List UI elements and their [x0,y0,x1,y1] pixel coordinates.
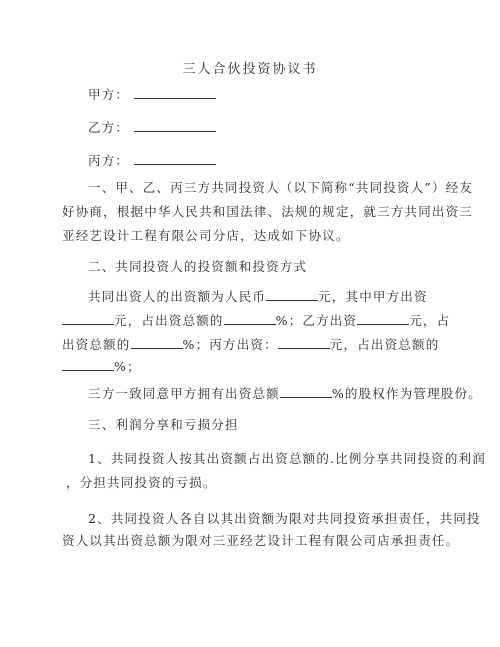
section3-item1-line: ，分担共同投资的亏损。 [66,475,217,491]
party-b-row: 乙方： [88,119,216,136]
text: 元，占 [409,313,450,328]
section3-item2-line: 资人以其出资总额为限对三亚经艺设计工程有限公司店承担责任。 [62,533,459,549]
party-c-percent-field[interactable] [62,358,114,371]
total-amount-field[interactable] [266,288,318,301]
party-a-amount-field[interactable] [62,312,114,325]
text: 三方一致同意甲方拥有出资总额 [88,386,280,401]
text: %；丙方出资： [183,337,278,352]
section2-line-1: 共同出资人的出资额为人民币元，其中甲方出资 [88,288,428,305]
party-b-amount-field[interactable] [357,312,409,325]
party-a-label: 甲方： [88,87,129,102]
text: %的股权作为管理股份。 [332,386,482,401]
management-percent-field[interactable] [280,385,332,398]
party-a-row: 甲方： [88,86,216,103]
party-a-field[interactable] [134,86,216,99]
section1-line: 好协商，根据中华人民共和国法律、法规的规定，就三方共同出资三 [62,204,473,220]
section3-heading: 三、利润分享和亏损分担 [88,417,239,433]
text: 出资总额的 [62,337,131,352]
section2-line-2: 元，占出资总额的%；乙方出资元，占 [62,312,450,329]
party-c-row: 丙方： [88,152,216,169]
party-b-label: 乙方： [88,120,129,135]
section3-item1-line: 1、共同投资人按其出资额占出资总额的.比例分享共同投资的利润 [88,451,486,467]
section2-heading: 二、共同投资人的投资额和投资方式 [88,259,307,275]
text: 共同出资人的出资额为人民币 [88,289,266,304]
section1-line: 亚经艺设计工程有限公司分店，达成如下协议。 [62,228,350,244]
party-c-amount-field[interactable] [278,336,330,349]
section3-item2-line: 2、共同投资人各自以其出资额为限对共同投资承担责任，共同投 [88,511,481,527]
text: 元，占出资总额的 [330,337,440,352]
section2-line-4: %； [62,358,141,375]
party-c-field[interactable] [134,152,216,165]
party-b-percent-field[interactable] [131,336,183,349]
text: 元，占出资总额的 [114,313,224,328]
text: 元，其中甲方出资 [318,289,428,304]
section1-line: 一、甲、乙、丙三方共同投资人（以下简称“共同投资人”）经友 [88,180,473,196]
section2-line-3: 出资总额的%；丙方出资：元，占出资总额的 [62,336,439,353]
management-share-line: 三方一致同意甲方拥有出资总额%的股权作为管理股份。 [88,385,482,402]
document-title: 三人合伙投资协议书 [0,62,500,78]
party-c-label: 丙方： [88,153,129,168]
party-a-percent-field[interactable] [224,312,276,325]
text: %； [114,359,141,374]
text: %；乙方出资 [276,313,358,328]
party-b-field[interactable] [134,119,216,132]
